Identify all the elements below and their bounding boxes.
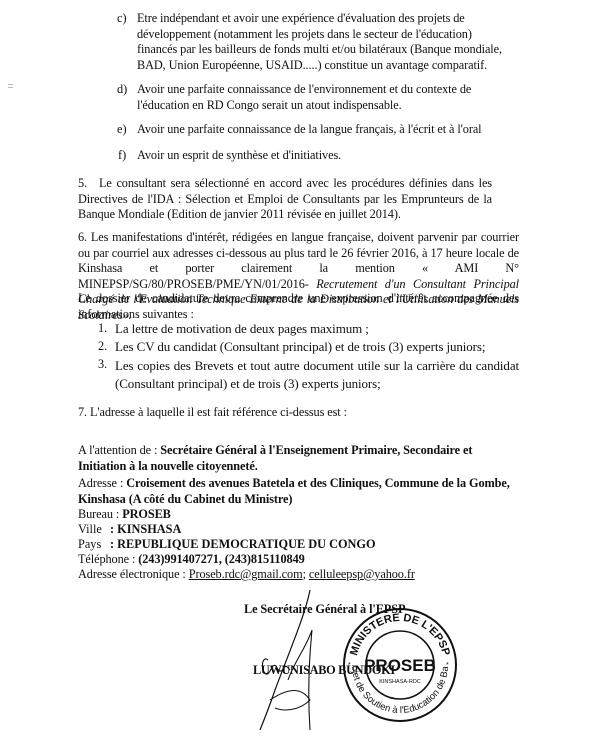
list-item-2-text: Les CV du candidat (Consultant principal… bbox=[115, 339, 519, 355]
svg-text:*: * bbox=[348, 662, 351, 669]
ville-label: Ville bbox=[78, 522, 102, 538]
address-value: Croisement des avenues Batetela et des C… bbox=[78, 476, 510, 506]
phone-label: Téléphone : bbox=[78, 552, 138, 566]
list-item-3-text: Les copies des Brevets et tout autre doc… bbox=[115, 357, 519, 393]
item-f-marker: f) bbox=[118, 148, 126, 164]
address-label: Adresse : bbox=[78, 476, 126, 490]
scan-mark bbox=[8, 84, 13, 85]
svg-text:*: * bbox=[446, 662, 449, 669]
attention-label: A l'attention de : bbox=[78, 443, 160, 457]
list-item-1-number: 1. bbox=[98, 321, 107, 337]
phone-value: (243)991407271, (243)815110849 bbox=[138, 552, 304, 566]
svg-text:MINISTERE DE L'EPSP: MINISTERE DE L'EPSP bbox=[348, 612, 452, 657]
section5-text: Le consultant sera sélectionné en accord… bbox=[78, 176, 492, 223]
email-link-proseb[interactable]: Proseb.rdc@gmail.com bbox=[189, 567, 303, 581]
bureau-line: Bureau : PROSEB bbox=[78, 507, 171, 523]
item-d-marker: d) bbox=[117, 82, 127, 98]
bureau-label: Bureau : bbox=[78, 507, 122, 521]
item-d-text: Avoir une parfaite connaissance de l'env… bbox=[137, 82, 507, 113]
ville-value: : KINSHASA bbox=[110, 522, 181, 538]
item-c-marker: c) bbox=[117, 11, 127, 27]
email-label: Adresse électronique : bbox=[78, 567, 189, 581]
item-e-marker: e) bbox=[117, 122, 127, 138]
item-c-text: Etre indépendant et avoir une expérience… bbox=[137, 11, 507, 73]
item-f-text: Avoir un esprit de synthèse et d'initiat… bbox=[137, 148, 537, 164]
pays-value: : REPUBLIQUE DEMOCRATIQUE DU CONGO bbox=[110, 537, 376, 553]
list-item-1-text: La lettre de motivation de deux pages ma… bbox=[115, 321, 519, 337]
phone-line: Téléphone : (243)991407271, (243)8151108… bbox=[78, 552, 305, 568]
svg-text:KINSHASA-RDC: KINSHASA-RDC bbox=[379, 679, 421, 685]
item-e-text: Avoir une parfaite connaissance de la la… bbox=[137, 122, 537, 138]
list-item-2-number: 2. bbox=[98, 339, 107, 355]
section6-dossier: Le dossier de candidature devra comprend… bbox=[78, 291, 519, 322]
document-page: c) Etre indépendant et avoir une expérie… bbox=[0, 0, 600, 746]
email-link-cellule[interactable]: celluleepsp@yahoo.fr bbox=[309, 567, 415, 581]
pays-label: Pays bbox=[78, 537, 101, 553]
attention-line: A l'attention de : Secrétaire Général à … bbox=[78, 443, 478, 474]
official-stamp-icon: MINISTERE DE L'EPSP Projet de Soutien à … bbox=[342, 607, 458, 723]
list-item-3-number: 3. bbox=[98, 357, 107, 373]
bureau-value: PROSEB bbox=[122, 507, 171, 521]
scan-mark bbox=[8, 87, 13, 88]
address-line: Adresse : Croisement des avenues Batetel… bbox=[78, 475, 518, 507]
section7-intro: 7. L'adresse à laquelle il est fait réfé… bbox=[78, 405, 478, 421]
svg-text:PROSEB: PROSEB bbox=[364, 656, 436, 675]
email-line: Adresse électronique : Proseb.rdc@gmail.… bbox=[78, 567, 415, 583]
